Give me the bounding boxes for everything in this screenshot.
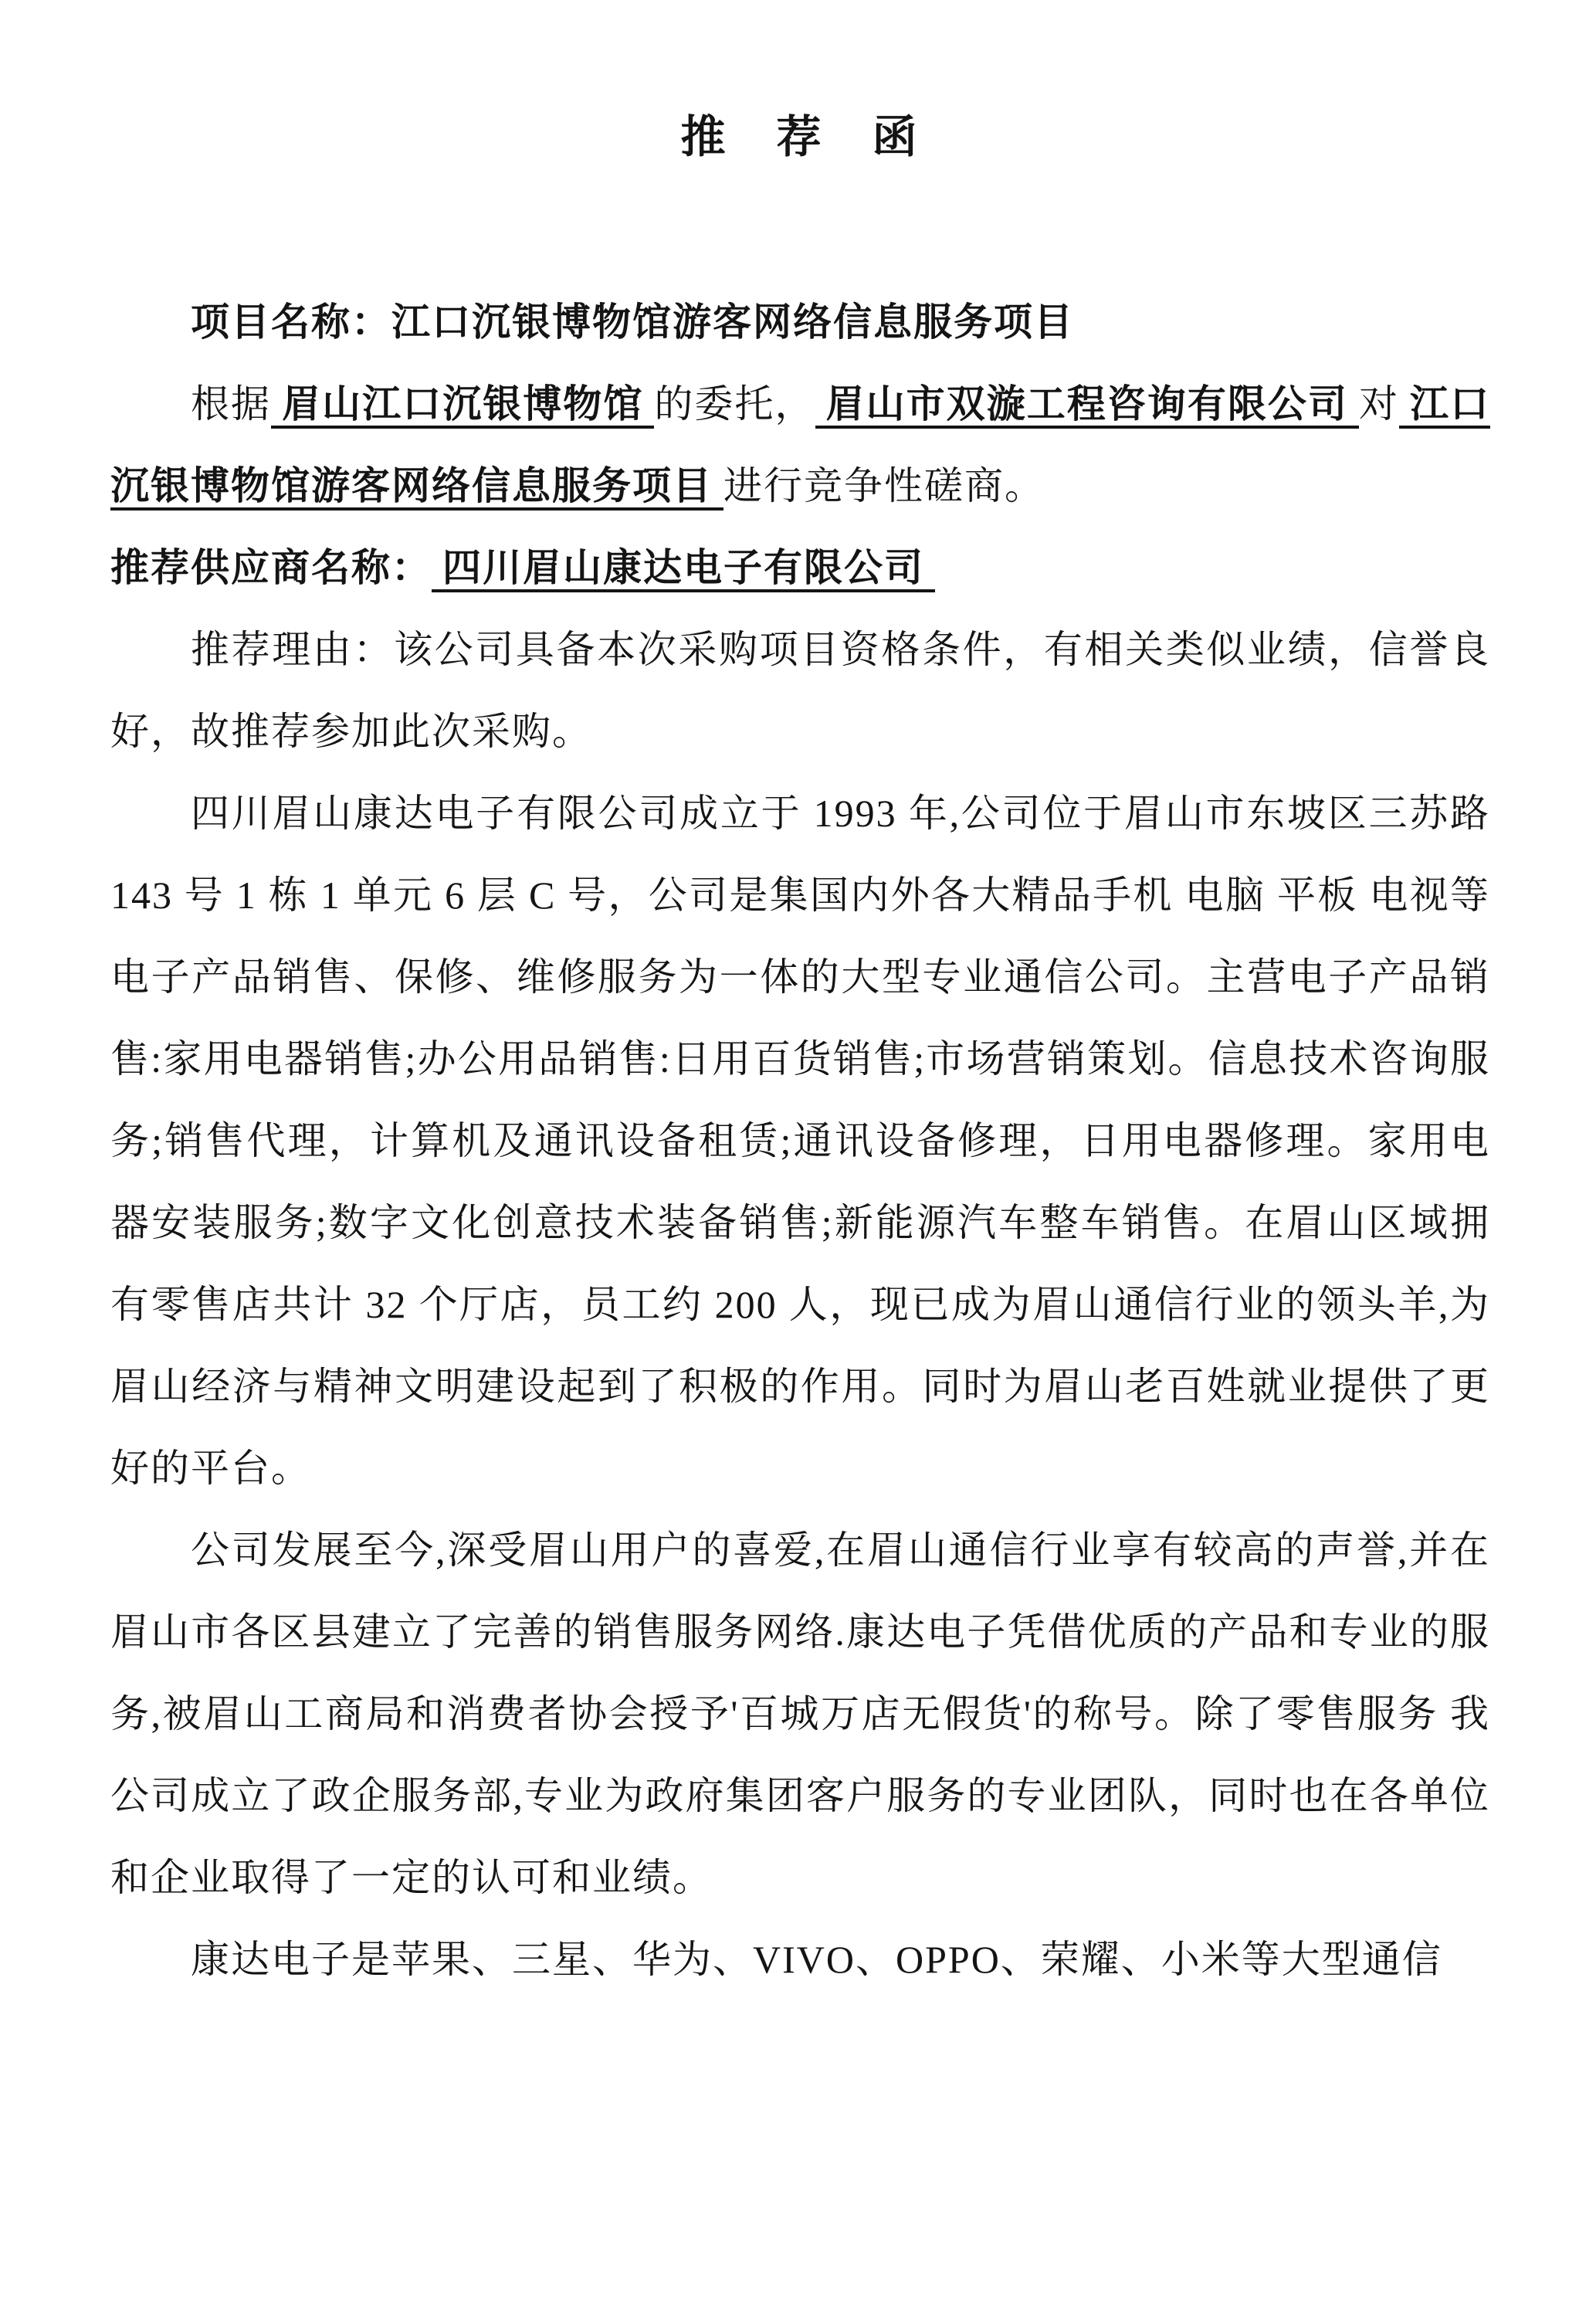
commission-connector-text: 对	[1359, 382, 1399, 426]
paragraph-project-name: 项目名称：江口沉银博物馆游客网络信息服务项目	[110, 281, 1490, 363]
agency-name-underlined: 眉山市双漩工程咨询有限公司	[815, 382, 1359, 429]
paragraph-recommended-supplier: 推荐供应商名称：四川眉山康达电子有限公司	[110, 527, 1490, 609]
paragraph-company-introduction: 四川眉山康达电子有限公司成立于 1993 年,公司位于眉山市东坡区三苏路 143…	[110, 772, 1490, 1509]
project-name-text: 项目名称：江口沉银博物馆游客网络信息服务项目	[191, 300, 1074, 344]
company-introduction-text: 四川眉山康达电子有限公司成立于 1993 年,公司位于眉山市东坡区三苏路 143…	[110, 792, 1490, 1490]
company-reputation-text: 公司发展至今,深受眉山用户的喜爱,在眉山通信行业享有较高的声誉,并在眉山市各区县…	[110, 1528, 1490, 1899]
supplier-label-text: 推荐供应商名称：	[110, 546, 432, 589]
supplier-name-underlined: 四川眉山康达电子有限公司	[432, 546, 935, 592]
document-title: 推 荐 函	[110, 100, 1490, 165]
commission-prefix-text: 根据	[191, 382, 271, 426]
recommendation-reason-text: 推荐理由：该公司具备本次采购项目资格条件，有相关类似业绩，信誉良好，故推荐参加此…	[110, 628, 1490, 753]
paragraph-commission-statement: 根据眉山江口沉银博物馆的委托，眉山市双漩工程咨询有限公司对江口沉银博物馆游客网络…	[110, 363, 1490, 527]
document-page: 推 荐 函 项目名称：江口沉银博物馆游客网络信息服务项目 根据眉山江口沉银博物馆…	[0, 0, 1596, 2317]
commission-suffix-text: 进行竞争性磋商。	[723, 464, 1045, 507]
commission-middle-text: 的委托，	[654, 382, 815, 426]
paragraph-recommendation-reason: 推荐理由：该公司具备本次采购项目资格条件，有相关类似业绩，信誉良好，故推荐参加此…	[110, 609, 1490, 772]
client-name-underlined: 眉山江口沉银博物馆	[271, 382, 654, 429]
company-brands-text: 康达电子是苹果、三星、华为、VIVO、OPPO、荣耀、小米等大型通信	[191, 1938, 1442, 1981]
paragraph-company-brands: 康达电子是苹果、三星、华为、VIVO、OPPO、荣耀、小米等大型通信	[110, 1918, 1490, 2000]
paragraph-company-reputation: 公司发展至今,深受眉山用户的喜爱,在眉山通信行业享有较高的声誉,并在眉山市各区县…	[110, 1509, 1490, 1918]
